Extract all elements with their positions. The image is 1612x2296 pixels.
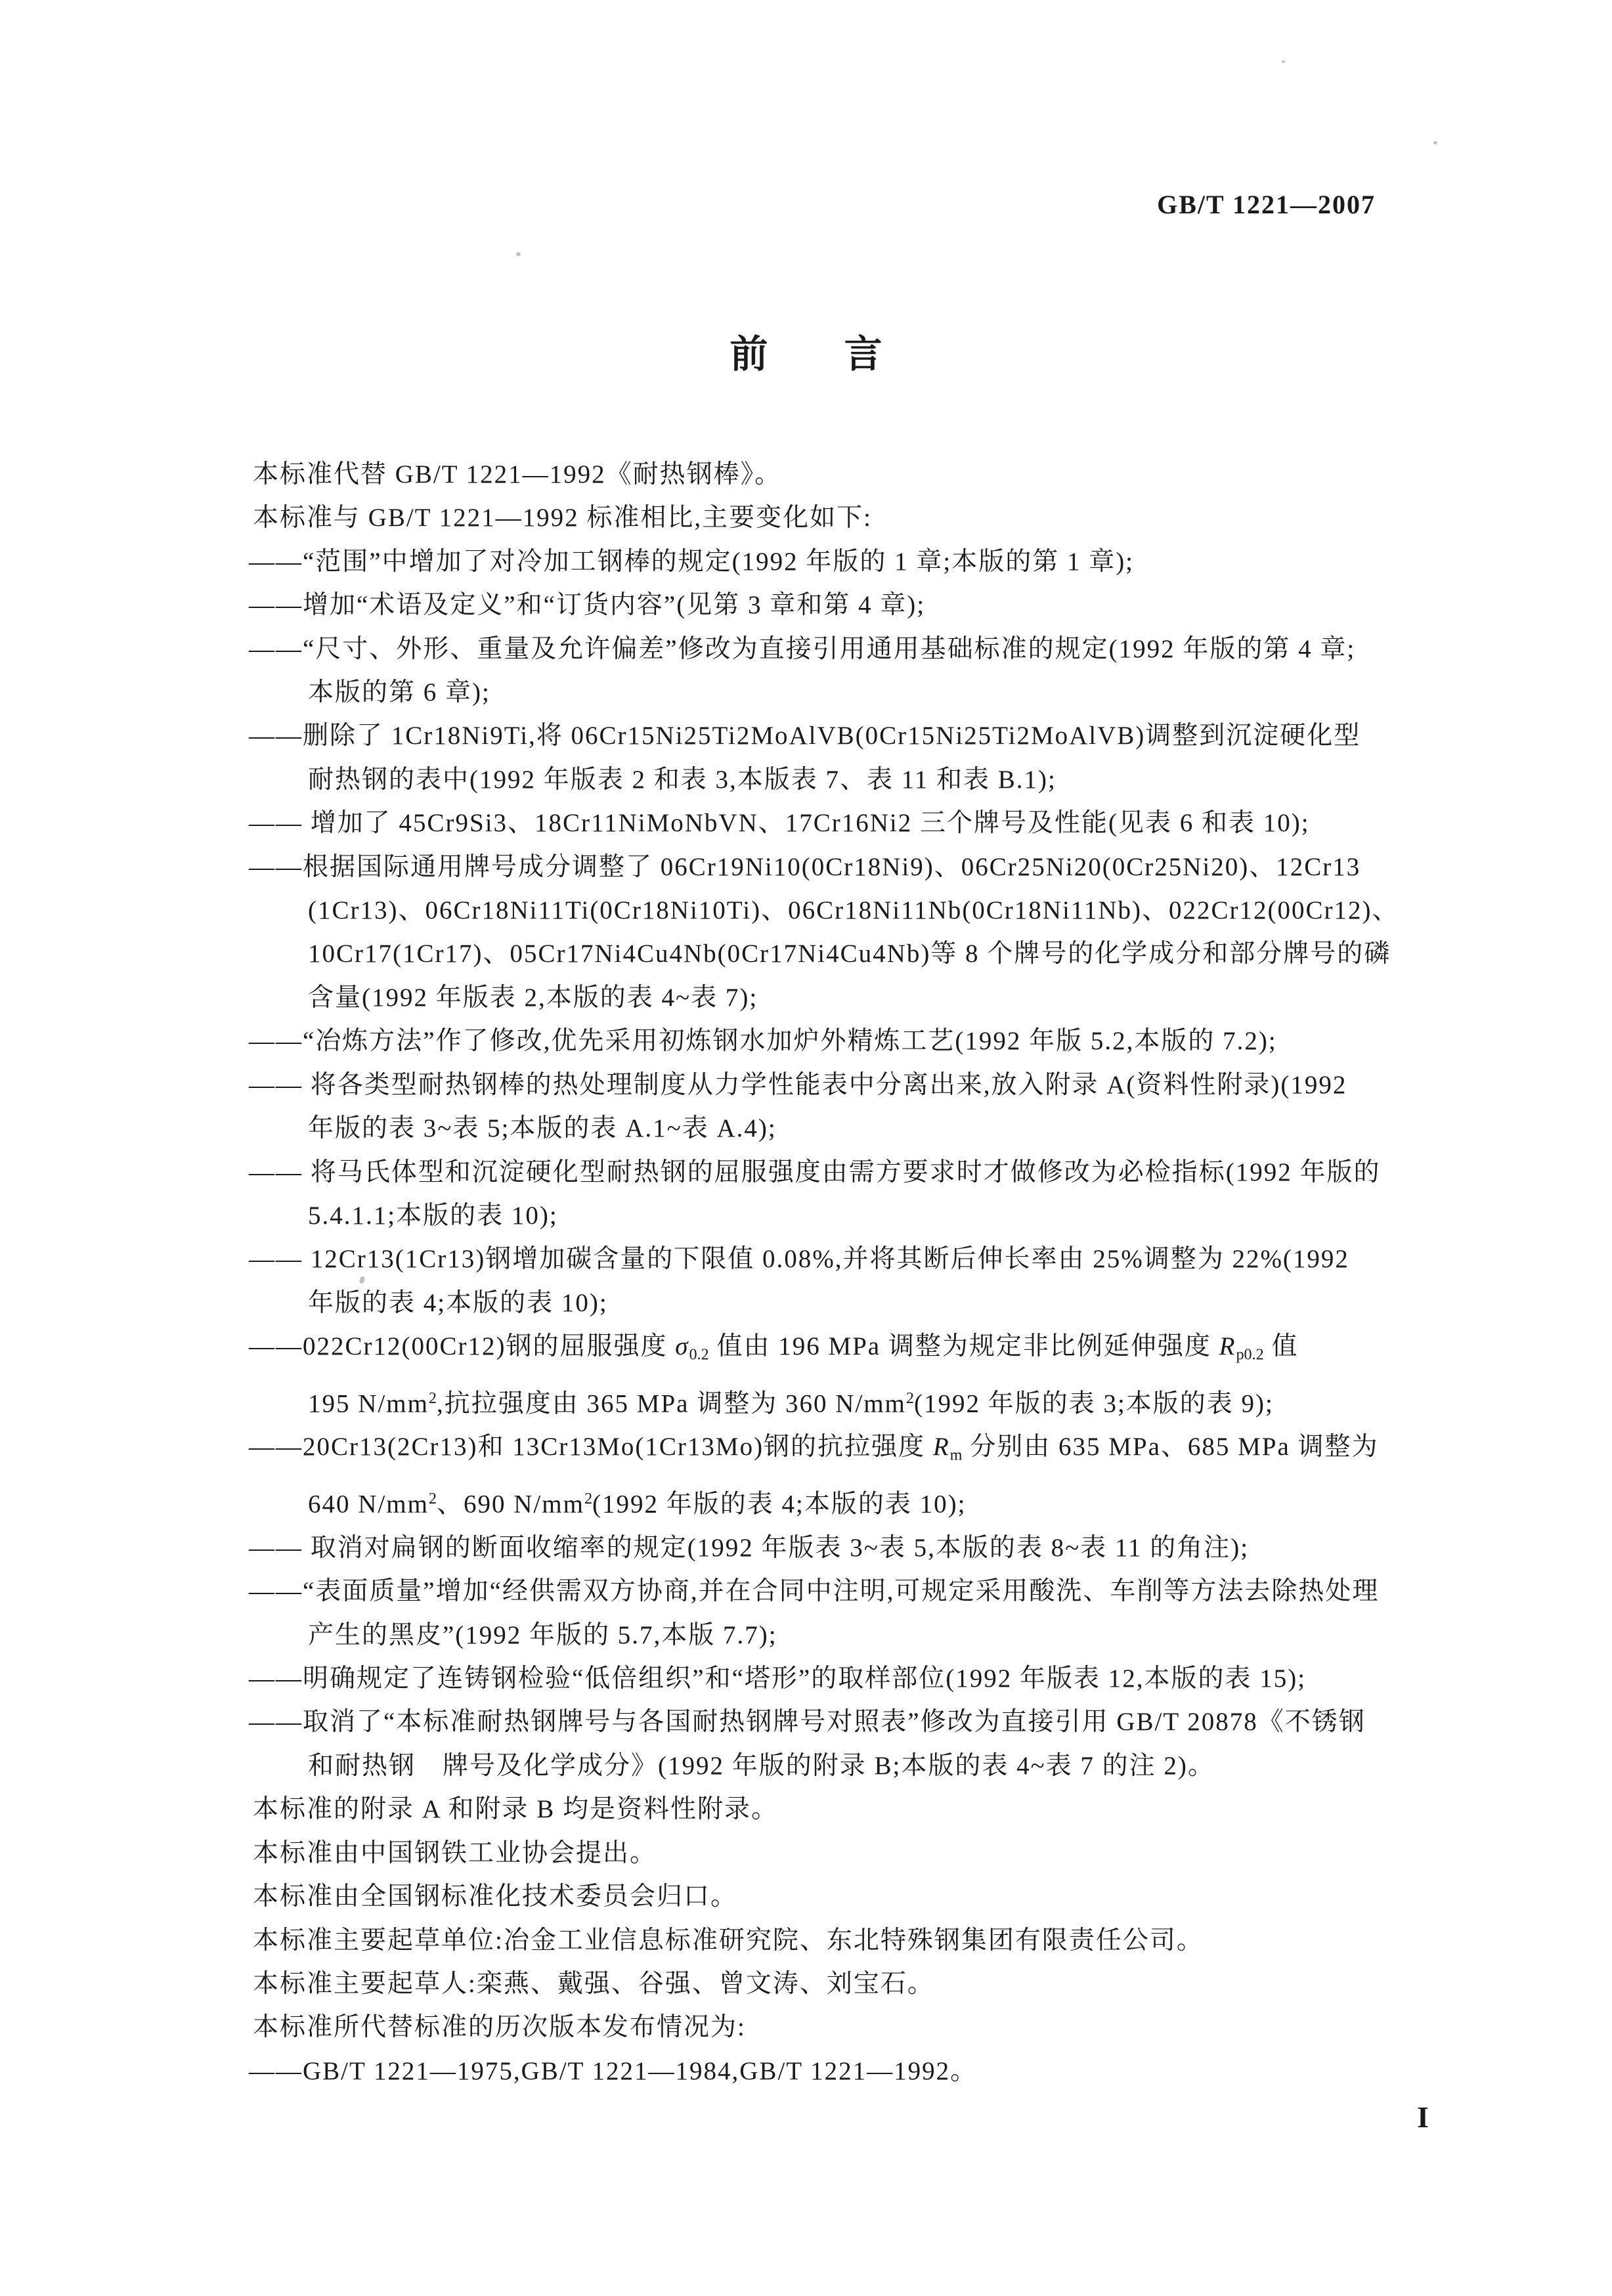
text-line: ——“冶炼方法”作了修改,优先采用初炼钢水加炉外精炼工艺(1992 年版 5.2… [249,1020,1454,1063]
text-line: 本标准所代替标准的历次版本发布情况为: [253,2006,1454,2049]
text-line: ——增加“术语及定义”和“订货内容”(见第 3 章和第 4 章); [249,584,1454,627]
text-line: (1Cr13)、06Cr18Ni11Ti(0Cr18Ni10Ti)、06Cr18… [253,889,1454,932]
text-line: 产生的黑皮”(1992 年版的 5.7,本版 7.7); [253,1614,1454,1657]
text-line: 本标准代替 GB/T 1221—1992《耐热钢棒》。 [253,453,1454,496]
text-line: ——“表面质量”增加“经供需双方协商,并在合同中注明,可规定采用酸洗、车削等方法… [249,1570,1454,1613]
text-line: —— 增加了 45Cr9Si3、18Cr11NiMoNbVN、17Cr16Ni2… [249,802,1454,845]
text-line: 本标准由中国钢铁工业协会提出。 [253,1832,1454,1875]
text-line: 和耐热钢 牌号及化学成分》(1992 年版的附录 B;本版的表 4~表 7 的注… [253,1744,1454,1788]
scan-speck [1433,141,1437,144]
text-line: 195 N/mm2,抗拉强度由 365 MPa 调整为 360 N/mm2(19… [253,1377,1454,1426]
page-number: I [1417,2100,1429,2134]
document-page: GB/T 1221—2007 前 言 本标准代替 GB/T 1221—1992《… [0,0,1612,2296]
page-title: 前 言 [0,323,1612,378]
text-line: ——明确规定了连铸钢检验“低倍组织”和“塔形”的取样部位(1992 年版表 12… [249,1657,1454,1700]
text-line: 本标准的附录 A 和附录 B 均是资料性附录。 [253,1788,1454,1831]
scan-speck [1282,60,1285,63]
text-line: —— 将马氏体型和沉淀硬化型耐热钢的屈服强度由需方要求时才做修改为必检指标(19… [249,1151,1454,1194]
text-line: ——022Cr12(00Cr12)钢的屈服强度 σ0.2 值由 196 MPa … [249,1325,1454,1377]
text-line: 年版的表 3~表 5;本版的表 A.1~表 A.4); [253,1107,1454,1150]
text-line: 640 N/mm2、690 N/mm2(1992 年版的表 4;本版的表 10)… [253,1477,1454,1527]
text-line: ——删除了 1Cr18Ni9Ti,将 06Cr15Ni25Ti2MoAlVB(0… [249,714,1454,758]
text-line: ——20Cr13(2Cr13)和 13Cr13Mo(1Cr13Mo)钢的抗拉强度… [249,1425,1454,1477]
text-line: 本标准与 GB/T 1221—1992 标准相比,主要变化如下: [253,496,1454,540]
text-line: ——GB/T 1221—1975,GB/T 1221—1984,GB/T 122… [249,2050,1454,2093]
text-line: 本标准由全国钢标准化技术委员会归口。 [253,1875,1454,1918]
text-line: 本标准主要起草人:栾燕、戴强、谷强、曾文涛、刘宝石。 [253,1962,1454,2006]
text-line: 5.4.1.1;本版的表 10); [253,1194,1454,1238]
text-line: ——“尺寸、外形、重量及允许偏差”修改为直接引用通用基础标准的规定(1992 年… [249,628,1454,671]
text-line: ——取消了“本标准耐热钢牌号与各国耐热钢牌号对照表”修改为直接引用 GB/T 2… [249,1700,1454,1744]
standard-code: GB/T 1221—2007 [1157,189,1376,220]
text-line: —— 12Cr13(1Cr13)钢增加碳含量的下限值 0.08%,并将其断后伸长… [249,1238,1454,1281]
text-line: 耐热钢的表中(1992 年版表 2 和表 3,本版表 7、表 11 和表 B.1… [253,758,1454,802]
text-line: 含量(1992 年版表 2,本版的表 4~表 7); [253,976,1454,1020]
text-line: 年版的表 4;本版的表 10); [253,1282,1454,1325]
text-line: 10Cr17(1Cr17)、05Cr17Ni4Cu4Nb(0Cr17Ni4Cu4… [253,932,1454,976]
text-line: ——根据国际通用牌号成分调整了 06Cr19Ni10(0Cr18Ni9)、06C… [249,846,1454,889]
text-line: —— 将各类型耐热钢棒的热处理制度从力学性能表中分离出来,放入附录 A(资料性附… [249,1064,1454,1107]
text-line: 本标准主要起草单位:冶金工业信息标准研究院、东北特殊钢集团有限责任公司。 [253,1919,1454,1962]
foreword-body: 本标准代替 GB/T 1221—1992《耐热钢棒》。本标准与 GB/T 122… [253,453,1454,2093]
text-line: ——“范围”中增加了对冷加工钢棒的规定(1992 年版的 1 章;本版的第 1 … [249,540,1454,584]
text-line: —— 取消对扁钢的断面收缩率的规定(1992 年版表 3~表 5,本版的表 8~… [249,1527,1454,1570]
text-line: 本版的第 6 章); [253,671,1454,714]
scan-speck [516,252,521,256]
